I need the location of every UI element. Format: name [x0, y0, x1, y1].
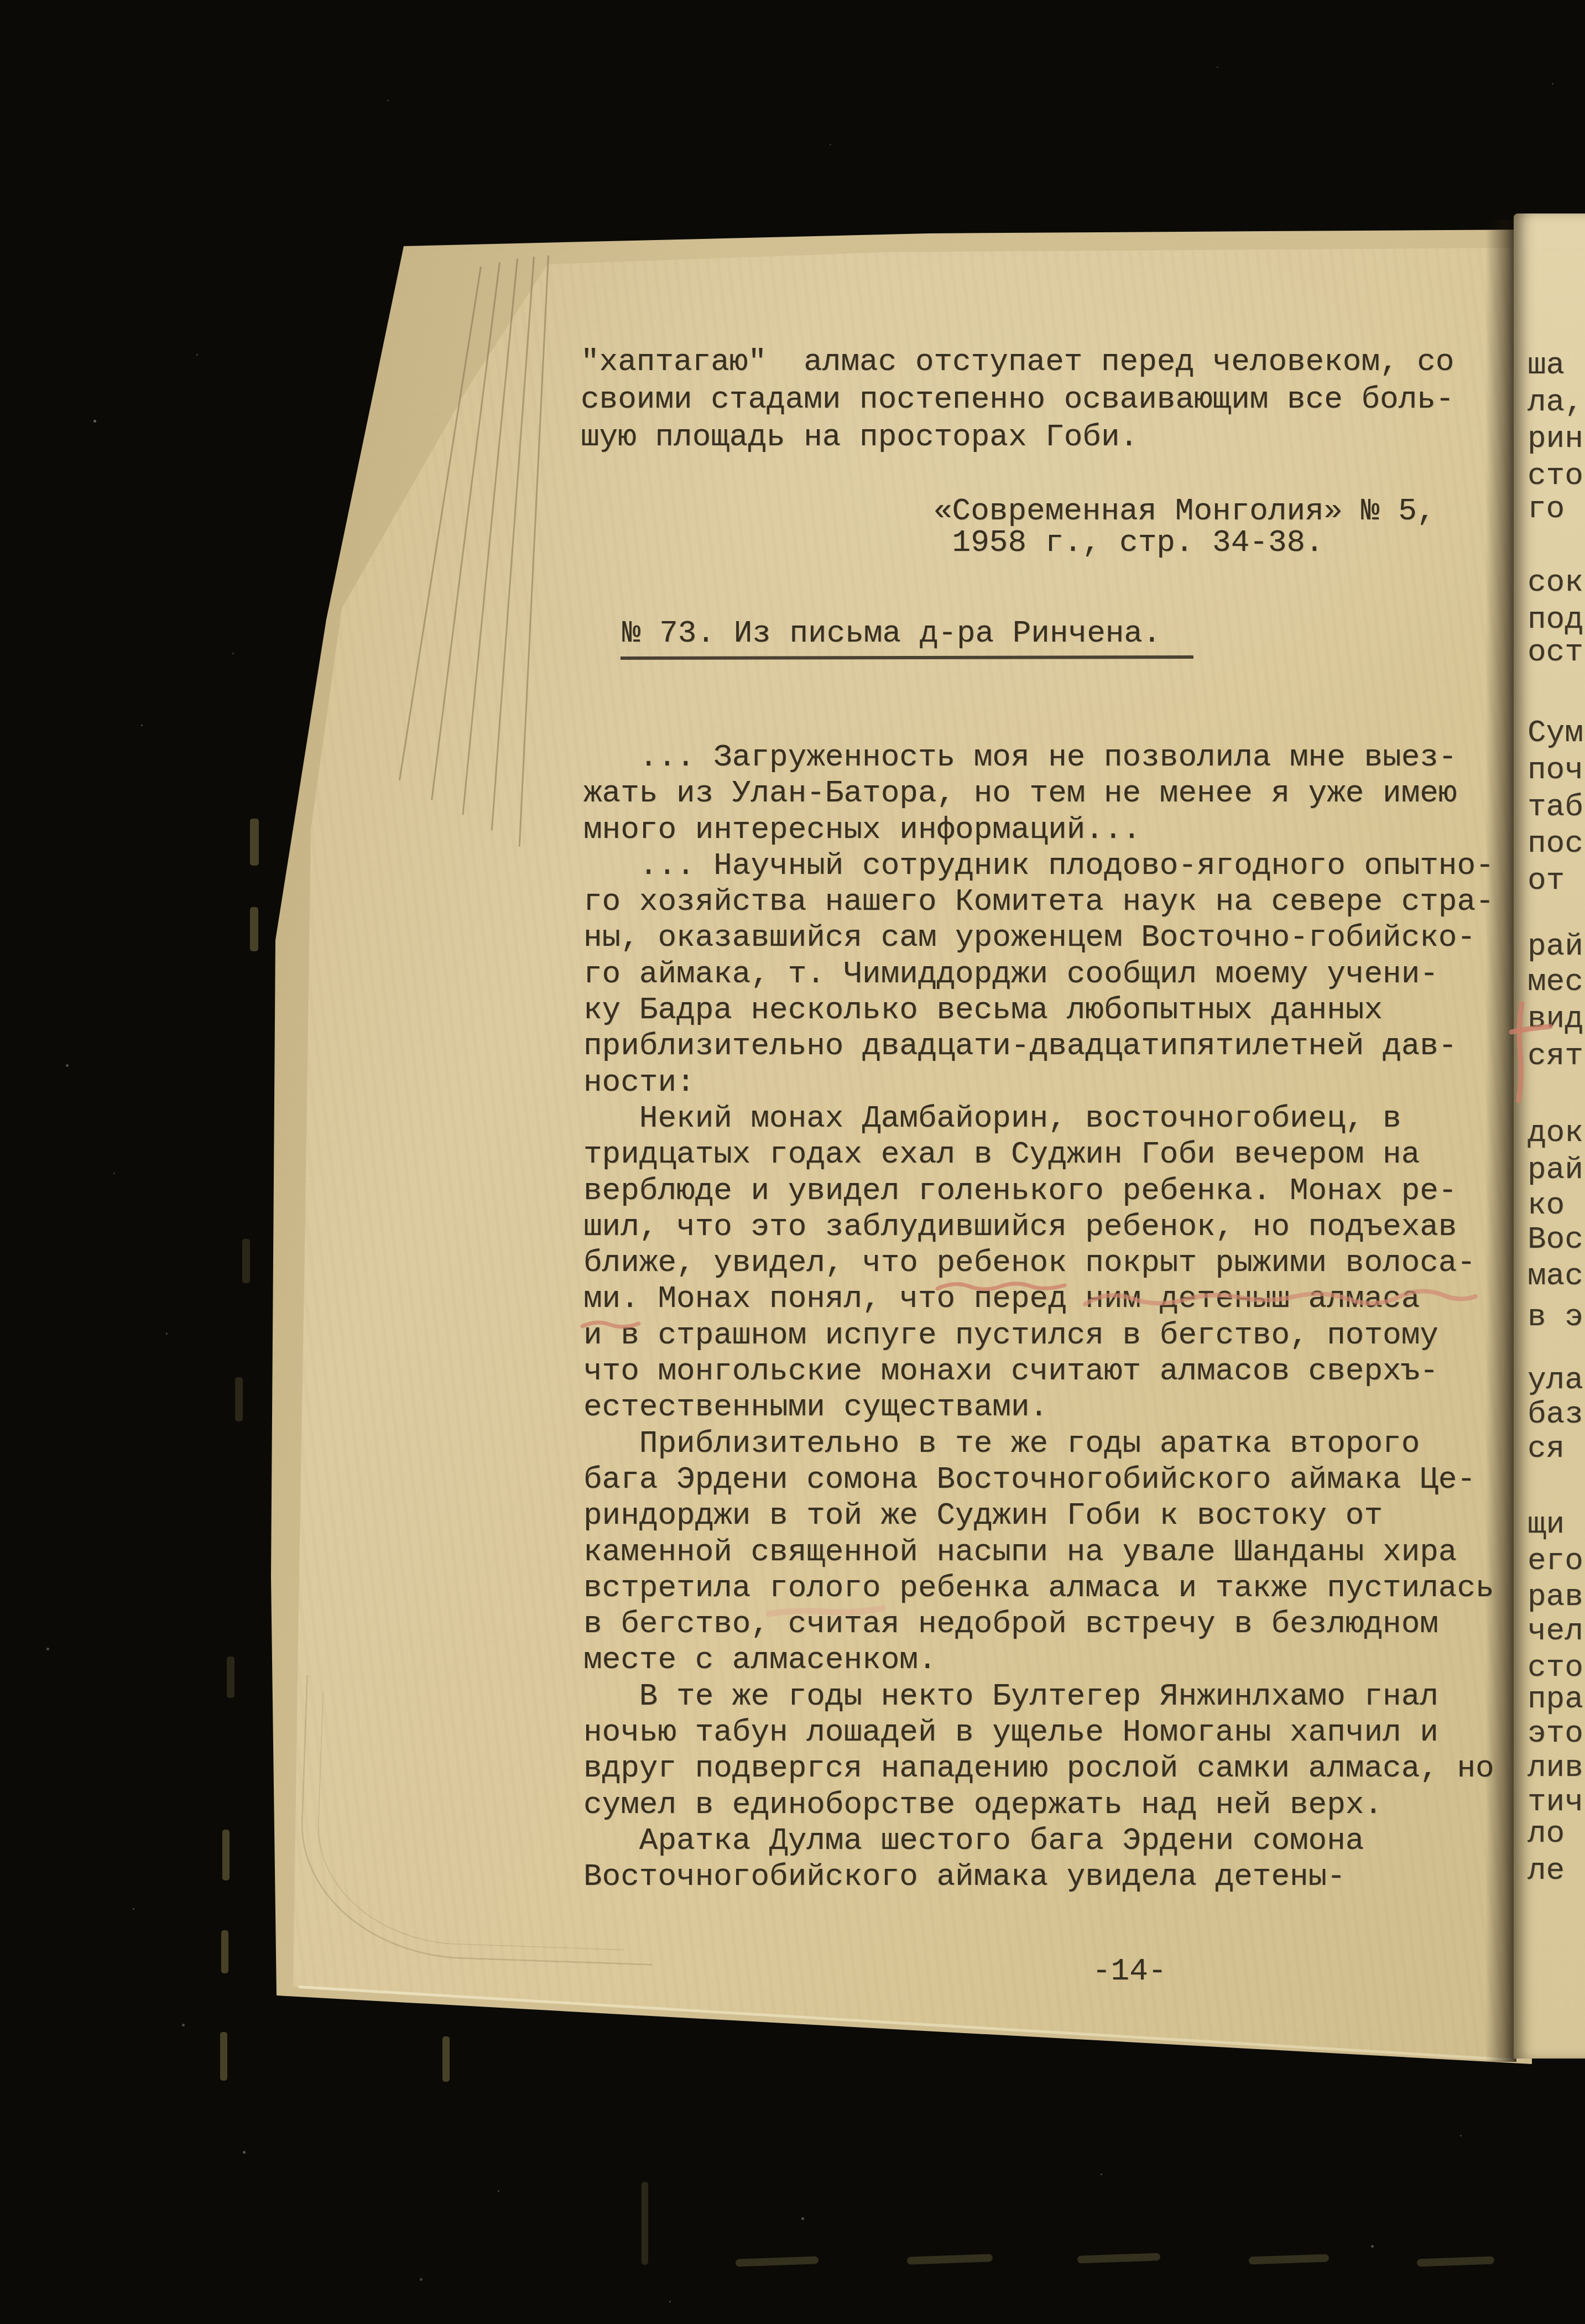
- entry-heading-text: № 73. Из письма д-ра Ринчена.: [622, 616, 1161, 651]
- stitch-mark: [642, 2182, 648, 2265]
- body-line: ности:: [583, 1065, 1494, 1101]
- cutoff-text-line: го: [1527, 491, 1565, 527]
- body-line: ближе, увидел, что ребенок покрыт рыжими…: [583, 1245, 1494, 1281]
- cutoff-text-line: рин: [1527, 420, 1583, 457]
- stitch-mark: [907, 2254, 993, 2264]
- stitch-mark: [235, 1377, 243, 1421]
- cutoff-text-line: чел: [1527, 1613, 1583, 1649]
- stitch-mark: [250, 819, 259, 866]
- stitch-mark: [1249, 2254, 1329, 2264]
- body-line: каменной священной насыпи на увале Шанда…: [583, 1534, 1494, 1570]
- cutoff-text-line: ша: [1527, 347, 1565, 383]
- cutoff-text-line: под: [1527, 601, 1583, 638]
- intro-paragraph: "хаптагаю" алмас отступает перед человек…: [581, 343, 1454, 456]
- cutoff-text-line: ла,: [1527, 384, 1583, 420]
- cutoff-text-line: ле: [1527, 1852, 1565, 1889]
- stitch-mark: [1077, 2253, 1160, 2263]
- stitch-mark: [736, 2256, 818, 2266]
- cutoff-text-line: мас: [1527, 1258, 1583, 1294]
- body-line: ночью табун лошадей в ущелье Номоганы ха…: [583, 1715, 1494, 1750]
- body-line: бага Эрдени сомона Восточногобийского ай…: [583, 1462, 1494, 1498]
- body-line: верблюде и увидел голенького ребенка. Мо…: [583, 1173, 1494, 1209]
- body-line: приблизительно двадцати-двадцатипятилетн…: [583, 1028, 1494, 1064]
- stitch-mark: [1417, 2257, 1494, 2267]
- cutoff-text-line: мес: [1527, 963, 1583, 1000]
- body-line: го аймака, т. Чимиддорджи сообщил моему …: [583, 956, 1494, 992]
- body-line: встретила голого ребенка алмаса и также …: [583, 1570, 1494, 1606]
- cutoff-text-line: ко: [1527, 1187, 1565, 1223]
- stitch-mark: [220, 2032, 227, 2081]
- cutoff-text-line: сят: [1527, 1038, 1583, 1074]
- cutoff-text-line: ся: [1527, 1430, 1565, 1467]
- stitch-mark: [242, 1239, 250, 1283]
- cutoff-text-line: таб: [1527, 789, 1583, 825]
- body-line: жать из Улан-Батора, но тем не менее я у…: [583, 775, 1494, 811]
- text-line: "хаптагаю" алмас отступает перед человек…: [581, 343, 1454, 381]
- body-line: месте с алмасенком.: [583, 1642, 1494, 1678]
- cutoff-text-line: поч: [1527, 752, 1583, 788]
- body-line: вдруг подвергся нападению рослой самки а…: [583, 1750, 1494, 1786]
- body-line: тридцатых годах ехал в Суджин Гоби вечер…: [583, 1137, 1494, 1173]
- body-line: ку Бадра несколько весьма любопытных дан…: [583, 992, 1494, 1028]
- letter-body: ... Загруженность моя не позволила мне в…: [583, 739, 1494, 1895]
- citation-line: «Современная Монголия» № 5,: [934, 496, 1435, 527]
- body-line: Некий монах Дамбайорин, восточногобиец, …: [583, 1101, 1494, 1137]
- cutoff-text-line: ула: [1527, 1362, 1583, 1398]
- stitch-mark: [250, 907, 258, 951]
- cutoff-text-line: это: [1527, 1715, 1583, 1752]
- facing-page-text-fragments: шала,ринстойгосокподостСумпочтабпосотрай…: [1527, 0, 1585, 2324]
- text-line: шую площадь на просторах Гоби.: [581, 418, 1454, 456]
- cutoff-text-line: рай: [1527, 1151, 1583, 1188]
- cutoff-text-line: рай: [1527, 928, 1583, 965]
- citation-line: 1958 г., стр. 34-38.: [934, 527, 1435, 559]
- cutoff-text-line: пос: [1527, 825, 1583, 862]
- cutoff-text-line: в э: [1527, 1299, 1583, 1335]
- text-line: своими стадами постепенно осваивающим вс…: [581, 381, 1454, 418]
- body-line: в бегство, считая недоброй встречу в без…: [583, 1606, 1494, 1642]
- body-line: шил, что это заблудившийся ребенок, но п…: [583, 1209, 1494, 1245]
- body-line: много интересных информаций...: [583, 812, 1494, 848]
- cutoff-text-line: лив: [1527, 1749, 1583, 1786]
- body-line: Аратка Дулма шестого бага Эрдени сомона: [583, 1823, 1494, 1859]
- cutoff-text-line: его: [1527, 1543, 1583, 1579]
- body-line: В те же годы некто Бултегер Янжинлхамо г…: [583, 1679, 1494, 1715]
- body-line: что монгольские монахи считают алмасов с…: [583, 1353, 1494, 1389]
- entry-heading: № 73. Из письма д-ра Ринчена.: [622, 615, 1161, 652]
- body-line: сумел в единоборстве одержать над ней ве…: [583, 1787, 1494, 1823]
- cutoff-text-line: баз: [1527, 1396, 1583, 1432]
- stitch-mark: [221, 1930, 228, 1973]
- body-line: го хозяйства нашего Комитета наук на сев…: [583, 884, 1494, 920]
- gutter-shadow: [1485, 220, 1516, 2062]
- cutoff-text-line: от: [1527, 862, 1565, 899]
- body-line: и в страшном испуге пустился в бегство, …: [583, 1317, 1494, 1353]
- cutoff-text-line: док: [1527, 1114, 1583, 1151]
- stitch-mark: [227, 1656, 234, 1698]
- body-line: ми. Монах понял, что перед ним детеныш а…: [583, 1281, 1494, 1317]
- source-citation: «Современная Монголия» № 5, 1958 г., стр…: [934, 496, 1435, 559]
- page-number: -14-: [1092, 1955, 1166, 1988]
- cutoff-text-line: рав: [1527, 1578, 1583, 1615]
- stitch-mark: [222, 1830, 230, 1880]
- body-line: ны, оказавшийся сам уроженцем Восточно-г…: [583, 920, 1494, 956]
- cutoff-text-line: пра: [1527, 1681, 1583, 1717]
- cutoff-text-line: стой: [1527, 457, 1585, 494]
- stitch-mark: [442, 2036, 450, 2082]
- cutoff-text-line: ло: [1527, 1815, 1565, 1852]
- cutoff-text-line: Вос: [1527, 1221, 1583, 1258]
- cutoff-text-line: ост: [1527, 634, 1583, 670]
- cutoff-text-line: вид: [1527, 1001, 1583, 1037]
- dust-speckles: [0, 0, 2, 2]
- body-line: Приблизительно в те же годы аратка второ…: [583, 1426, 1494, 1462]
- body-line: ... Загруженность моя не позволила мне в…: [583, 739, 1494, 775]
- cutoff-text-line: щи: [1527, 1506, 1565, 1543]
- body-line: Восточногобийского аймака увидела детены…: [583, 1859, 1494, 1895]
- scanned-book-photo: "хаптагаю" алмас отступает перед человек…: [0, 0, 1585, 2324]
- body-line: естественными существами.: [583, 1389, 1494, 1425]
- cutoff-text-line: сок: [1527, 564, 1583, 601]
- body-line: риндорджи в той же Суджин Гоби к востоку…: [583, 1498, 1494, 1534]
- body-line: ... Научный сотрудник плодово-ягодного о…: [583, 848, 1494, 884]
- cutoff-text-line: Сум: [1527, 715, 1583, 751]
